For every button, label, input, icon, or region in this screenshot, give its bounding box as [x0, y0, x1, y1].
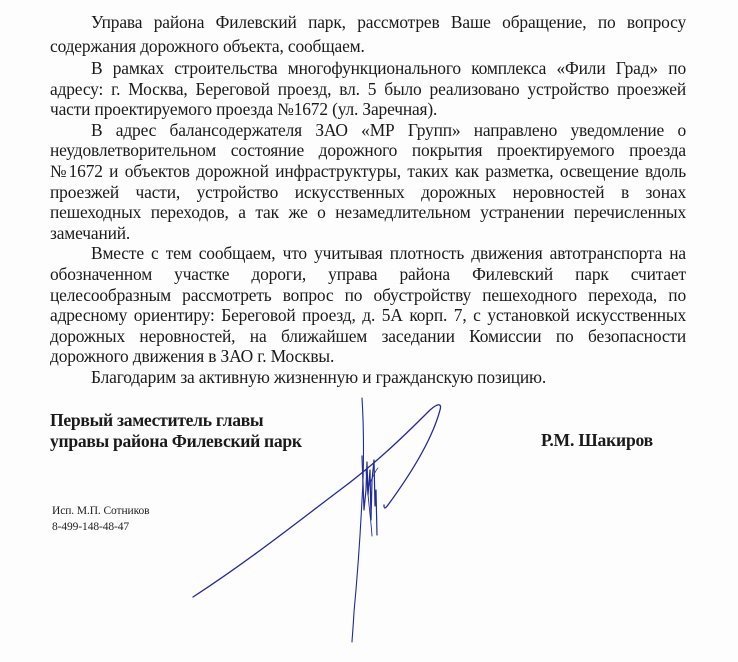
executor-phone: 8-499-148-48-47 — [52, 519, 149, 535]
signer-position-line1: Первый заместитель главы — [50, 410, 302, 431]
executor-info: Исп. М.П. Сотников 8-499-148-48-47 — [52, 503, 149, 535]
paragraph-intro: Управа района Филевский парк, рассмотрев… — [50, 10, 686, 58]
paragraph-thanks: Благодарим за активную жизненную и гражд… — [50, 367, 686, 388]
executor-name: Исп. М.П. Сотников — [52, 503, 149, 519]
letter-page: Управа района Филевский парк, рассмотрев… — [0, 0, 738, 662]
signer-position: Первый заместитель главы управы района Ф… — [50, 410, 302, 452]
letter-body: Управа района Филевский парк, рассмотрев… — [50, 10, 686, 388]
signer-position-line2: управы района Филевский парк — [50, 431, 302, 452]
signer-name: Р.М. Шакиров — [541, 430, 653, 451]
paragraph-crossing-proposal: Вместе с тем сообщаем, что учитывая плот… — [50, 243, 686, 367]
paragraph-construction: В рамках строительства многофункциональн… — [50, 58, 686, 120]
paragraph-notification: В адрес балансодержателя ЗАО «МР Групп» … — [50, 120, 686, 244]
